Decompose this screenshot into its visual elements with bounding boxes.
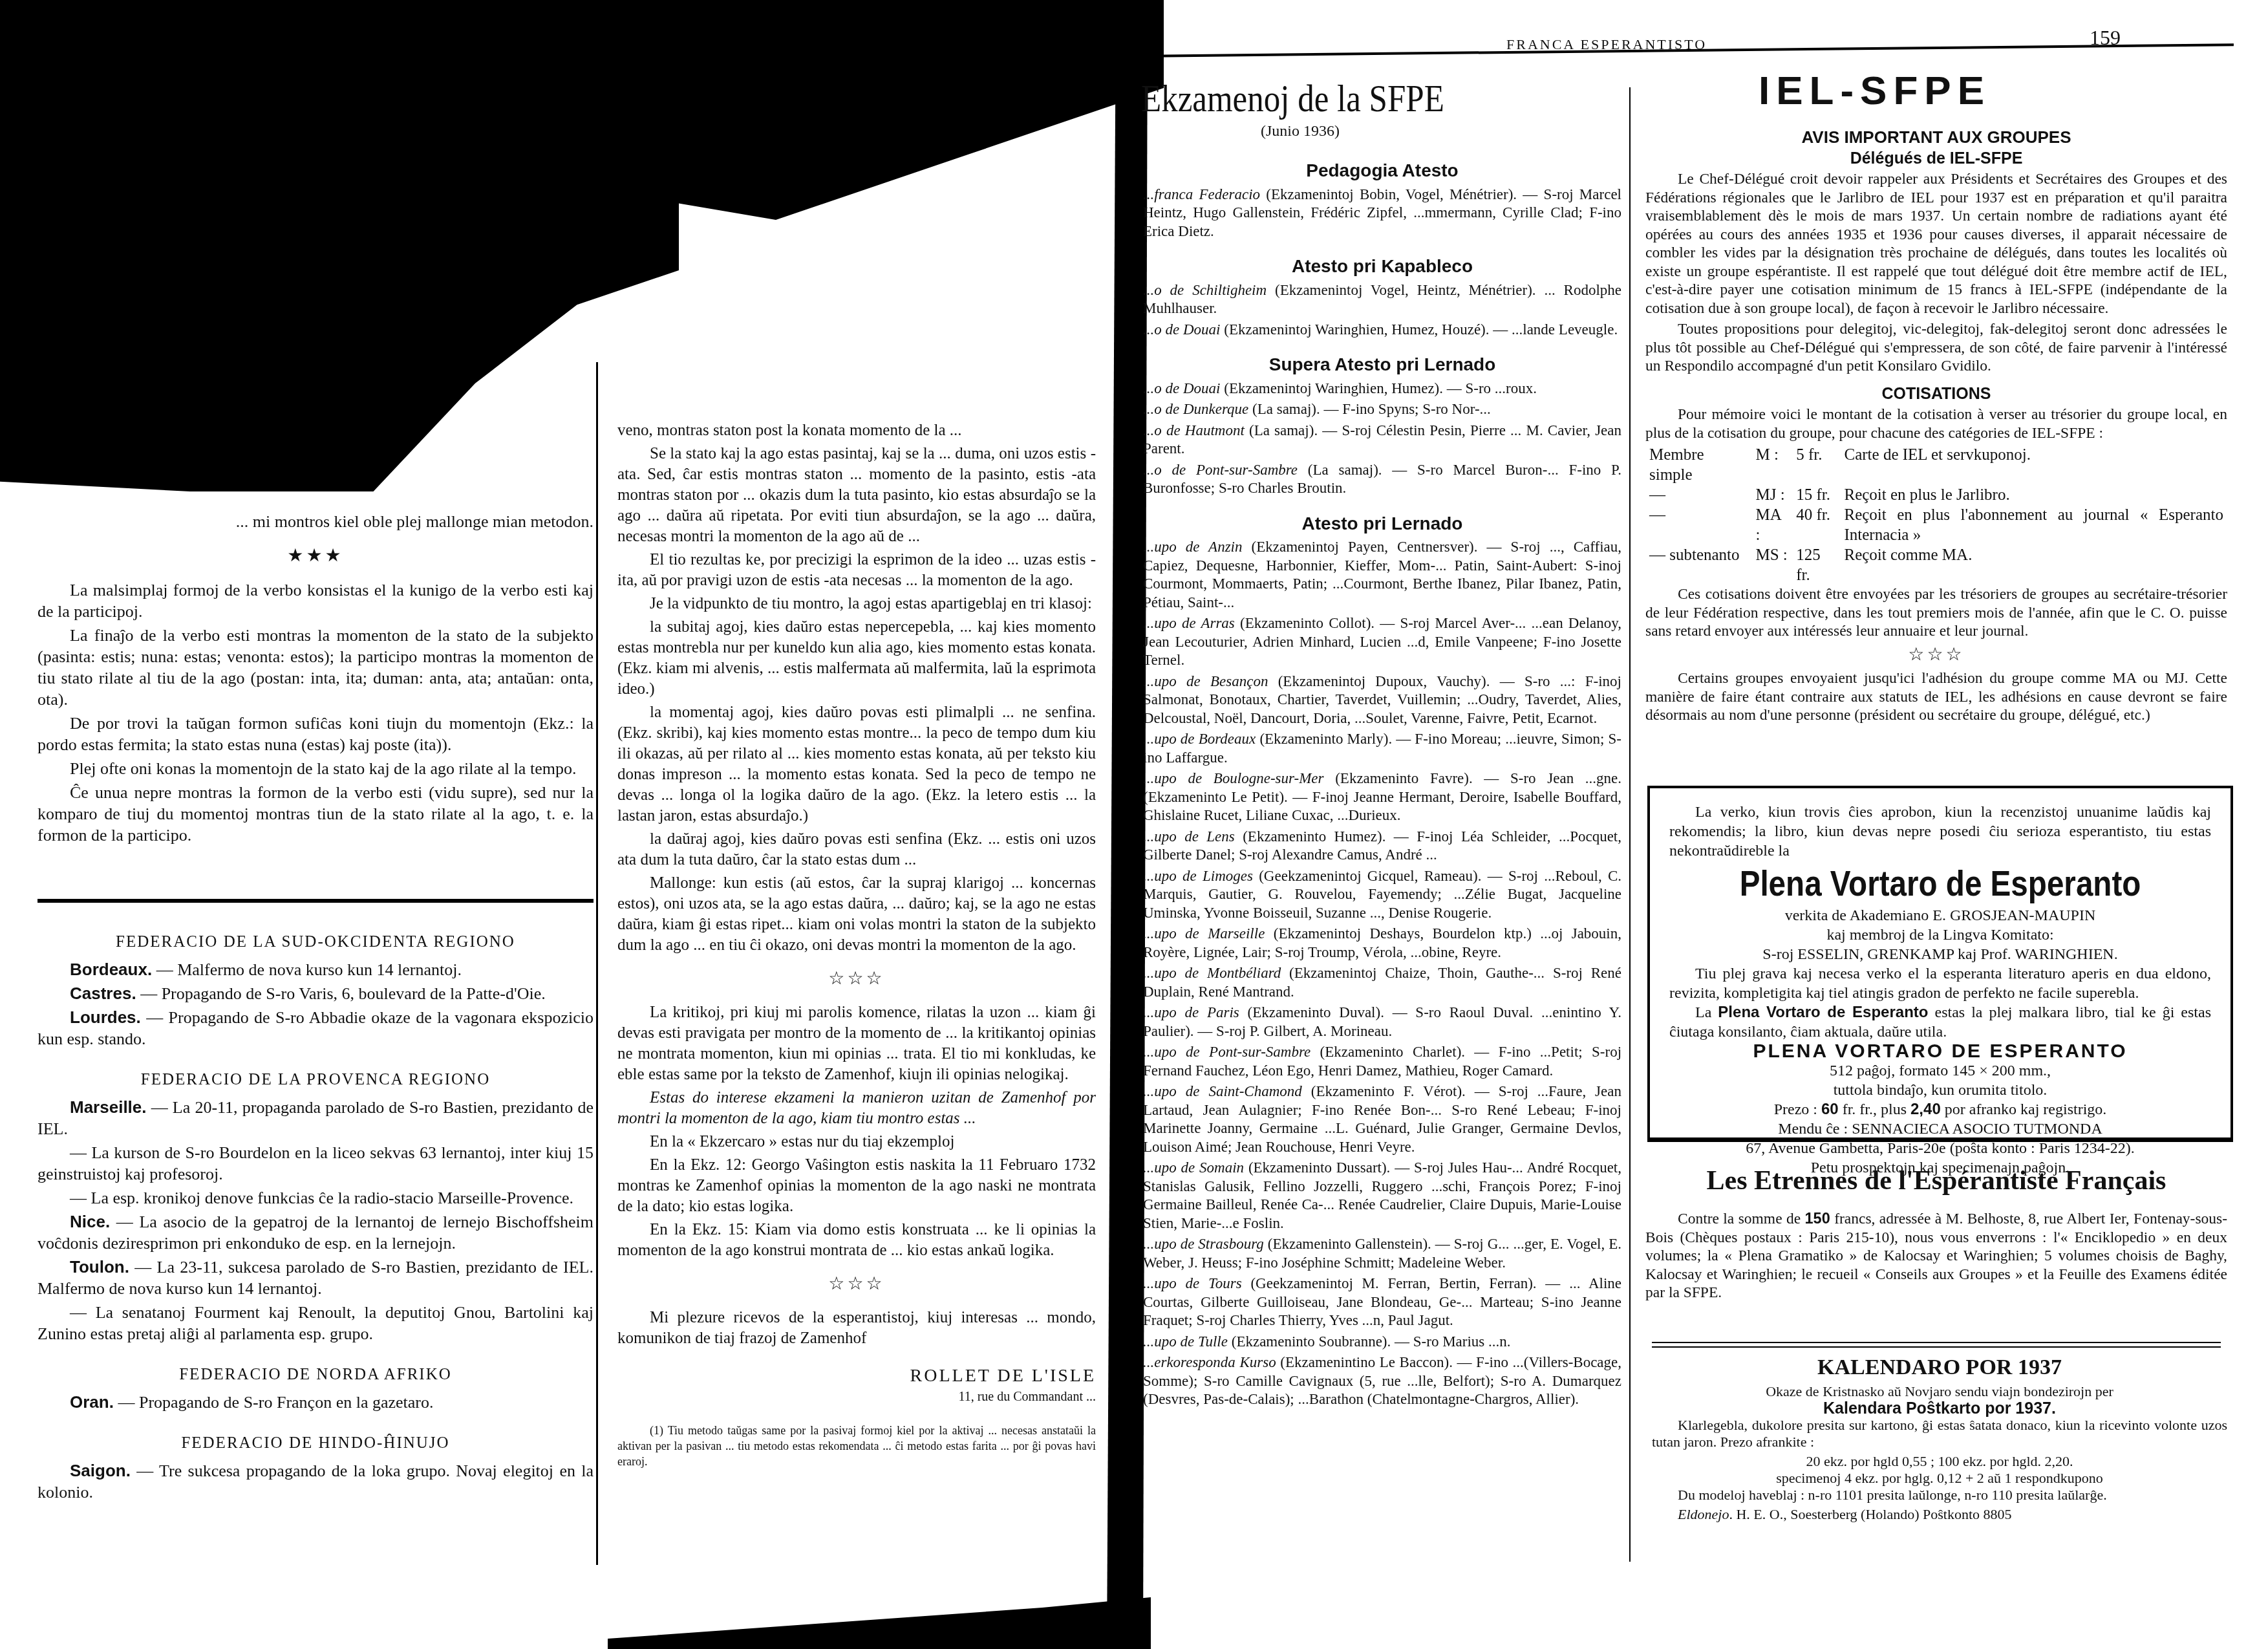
news-text: — La esp. kronikoj denove funkcias ĉe la… (70, 1189, 573, 1207)
scan-shadow-bottom (608, 1597, 1151, 1649)
ad-spec: tuttola bindaĵo, kun orumita titolo. (1669, 1081, 2211, 1100)
place-name: Nice. (70, 1212, 110, 1231)
exam-entry: ...erkoresponda Kurso (Ekzamenintino Le … (1143, 1353, 1621, 1409)
ad-author: kaj membroj de la Lingva Komitato: (1669, 925, 2211, 945)
column-divider (596, 362, 598, 1565)
notice-subheading: Délégués de IEL-SFPE (1645, 149, 2227, 168)
exam-entry: ...o de Schiltigheim (Ekzamenintoj Vogel… (1143, 281, 1621, 318)
exam-entry: ...upo de Limoges (Geekzamenintoj Gicque… (1143, 867, 1621, 923)
iel-sfpe-column: AVIS IMPORTANT AUX GROUPES Délégués de I… (1645, 128, 2227, 727)
fee-row: Membre simpleM :5 fr.Carte de IEL et ser… (1645, 445, 2227, 485)
paragraph: la daŭraj agoj, kies daŭro povas esti se… (617, 829, 1096, 870)
footnote: (1) Tiu metodo taŭgas same por la pasiva… (617, 1423, 1096, 1469)
exam-entry: ...upo de Lens (Ekzameninto Humez). — F-… (1143, 828, 1621, 865)
place-name: Bordeaux. (70, 960, 152, 979)
paragraph: En la « Ekzercaro » estas nur du tiaj ek… (617, 1132, 1096, 1152)
exam-entry: ...upo de Boulogne-sur-Mer (Ekzameninto … (1143, 770, 1621, 825)
paragraph: Se la stato kaj la ago estas pasintaj, k… (617, 444, 1096, 547)
section-divider-stars: ☆☆☆ (617, 969, 1096, 989)
exam-heading: Supera Atesto pri Lernado (1143, 356, 1621, 374)
exam-entry: ...upo de Tours (Geekzamenintoj M. Ferra… (1143, 1275, 1621, 1330)
kalendaro-publisher: Eldonejo. H. E. O., Soesterberg (Holando… (1652, 1506, 2227, 1523)
exam-entry: ...upo de Strasbourg (Ekzameninto Gallen… (1143, 1235, 1621, 1272)
exam-entry: ...upo de Tulle (Ekzameninto Soubranne).… (1143, 1333, 1621, 1352)
exams-title: Ekzamenoj de la SFPE (1141, 76, 1444, 121)
notice-heading: AVIS IMPORTANT AUX GROUPES (1645, 128, 2227, 147)
exam-entry: ...o de Dunkerque (La samaj). — F-ino Sp… (1143, 400, 1621, 419)
paragraph: Toutes propositions pour delegitoj, vic-… (1645, 320, 2227, 376)
ad-body: Tiu plej grava kaj necesa verko el la es… (1669, 964, 2211, 1003)
exam-entry: ...o de Douai (Ekzamenintoj Waringhien, … (1143, 380, 1621, 398)
fee-row: — subtenantoMS :125 fr.Reçoit comme MA. (1645, 545, 2227, 585)
paragraph: Certains groupes envoyaient jusqu'ici l'… (1645, 669, 2227, 725)
section-divider-stars: ☆☆☆ (617, 1274, 1096, 1295)
news-text: — La asocio de la gepatroj de la lernant… (37, 1212, 594, 1253)
paragraph: Mi plezure ricevos de la esperantistoj, … (617, 1308, 1096, 1349)
paragraph: En la Ekz. 12: Georgo Vaŝington estis na… (617, 1155, 1096, 1217)
kalendaro-title: KALENDARO POR 1937 (1652, 1355, 2227, 1381)
kalendaro-body: Klarlegebla, dukolore presita sur karton… (1652, 1417, 2227, 1450)
exam-heading: Atesto pri Lernado (1143, 515, 1621, 533)
place-name: Oran. (70, 1392, 114, 1412)
paragraph: Ĉe unua nepre montras la formon de la ve… (37, 782, 594, 846)
scanned-spread: ... mi montros kiel oble plej mallonge m… (0, 0, 2268, 1649)
author-address: 11, rue du Commandant ... (617, 1386, 1096, 1407)
federation-title: FEDERACIO DE LA PROVENCA REGIONO (37, 1069, 594, 1090)
paragraph: la subitaj agoj, kies daŭro estas neperc… (617, 617, 1096, 700)
paragraph: Contre la somme de 150 francs, adressée … (1645, 1209, 2227, 1302)
exam-heading: Atesto pri Kapableco (1143, 257, 1621, 276)
left-page-column-2: veno, montras staton post la konata mome… (617, 420, 1096, 1472)
paragraph: El tio rezultas ke, por precizigi la esp… (617, 550, 1096, 591)
federation-news: FEDERACIO DE LA SUD-OKCIDENTA REGIONO Bo… (37, 912, 594, 1505)
kalendaro-line: Kalendara Poŝtkarto por 1937. (1652, 1400, 2227, 1417)
news-text: — Malfermo de nova kurso kun 14 lernanto… (156, 960, 462, 979)
exam-entry: ...upo de Paris (Ekzameninto Duval). — S… (1143, 1004, 1621, 1040)
etrennes-section: Les Etrennes de l'Espérantiste Français … (1645, 1164, 2227, 1305)
news-text: — La kurson de S-ro Bourdelon en la lice… (37, 1143, 594, 1183)
place-name: Castres. (70, 984, 136, 1003)
paragraph: La kritikoj, pri kiuj mi parolis komence… (617, 1002, 1096, 1085)
ad-author: S-roj ESSELIN, GRENKAMP kaj Prof. WARING… (1669, 945, 2211, 964)
section-divider-stars: ☆☆☆ (1645, 646, 2227, 665)
column-divider (1629, 87, 1631, 1562)
exam-entry: ...o de Hautmont (La samaj). — S-roj Cél… (1143, 422, 1621, 458)
paragraph: De por trovi la taŭgan formon sufiĉas ko… (37, 713, 594, 755)
news-text: — Propagando de S-ro Françon en la gazet… (118, 1393, 433, 1412)
federation-title: FEDERACIO DE HINDO-ĤINUJO (37, 1432, 594, 1454)
section-rule (1652, 1342, 2221, 1343)
ad-title: Plena Vortaro de Esperanto (1710, 861, 2170, 906)
plena-vortaro-advertisement: La verko, kiun trovis ĉies aprobon, kiun… (1647, 786, 2233, 1142)
federation-title: FEDERACIO DE NORDA AFRIKO (37, 1364, 594, 1385)
cotisations-heading: COTISATIONS (1645, 385, 2227, 404)
exam-entry: ...upo de Bordeaux (Ekzameninto Marly). … (1143, 730, 1621, 767)
paragraph: Le Chef-Délégué croit devoir rappeler au… (1645, 170, 2227, 318)
paragraph: Ces cotisations doivent être envoyées pa… (1645, 585, 2227, 641)
exam-entry: ...upo de Besançon (Ekzamenintoj Dupoux,… (1143, 673, 1621, 728)
book-gutter-shadow (1102, 0, 1148, 1649)
section-rule (37, 899, 594, 903)
fee-row: —MJ :15 fr.Reçoit en plus le Jarlibro. (1645, 485, 2227, 505)
place-name: Saigon. (70, 1461, 131, 1480)
exams-date: (Junio 1936) (1261, 123, 1340, 140)
news-text: — Propagando de S-ro Varis, 6, boulevard… (140, 984, 546, 1003)
exam-entry: ...franca Federacio (Ekzamenintoj Bobin,… (1143, 186, 1621, 241)
exam-entry: ...upo de Somain (Ekzameninto Dussart). … (1143, 1159, 1621, 1233)
fee-table: Membre simpleM :5 fr.Carte de IEL et ser… (1645, 445, 2227, 585)
section-divider-stars: ★★★ (37, 545, 594, 566)
scan-shadow-top-left (0, 0, 679, 491)
paragraph: En la Ekz. 15: Kiam via domo estis konst… (617, 1220, 1096, 1261)
kalendaro-price: 20 ekz. por hgld 0,55 ; 100 ekz. por hgl… (1652, 1453, 2227, 1470)
paragraph: la momentaj agoj, kies daŭro povas esti … (617, 702, 1096, 826)
exam-entry: ...o de Pont-sur-Sambre (La samaj). — S-… (1143, 461, 1621, 498)
paragraph: Mallonge: kun estis (aŭ estos, ĉar la su… (617, 873, 1096, 956)
left-page-column-1: ... mi montros kiel oble plej mallonge m… (37, 511, 594, 848)
exam-entry: ...upo de Pont-sur-Sambre (Ekzameninto C… (1143, 1043, 1621, 1080)
section-rule (1652, 1346, 2221, 1348)
place-name: Lourdes. (70, 1008, 141, 1027)
exam-entry: ...o de Douai (Ekzamenintoj Waringhien, … (1143, 321, 1621, 339)
exam-entry: ...upo de Saint-Chamond (Ekzameninto F. … (1143, 1083, 1621, 1156)
federation-title: FEDERACIO DE LA SUD-OKCIDENTA REGIONO (37, 931, 594, 953)
exam-entry: ...upo de Anzin (Ekzamenintoj Payen, Cen… (1143, 538, 1621, 612)
iel-sfpe-title: IEL-SFPE (1759, 68, 1991, 114)
fee-row: —MA :40 fr.Reçoit en plus l'abonnement a… (1645, 505, 2227, 545)
kalendaro-price: specimenoj 4 ekz. por hglg. 0,12 + 2 aŭ … (1652, 1470, 2227, 1487)
paragraph: ... mi montros kiel oble plej mallonge m… (37, 511, 594, 532)
ad-intro: La verko, kiun trovis ĉies aprobon, kiun… (1669, 803, 2211, 861)
paragraph: veno, montras staton post la konata mome… (617, 420, 1096, 441)
ad-price: Prezo : 60 fr. fr., plus 2,40 por afrank… (1669, 1100, 2211, 1119)
paragraph: Je la vidpunkto de tiu montro, la agoj e… (617, 594, 1096, 614)
author-signature: ROLLET DE L'ISLE (617, 1366, 1096, 1386)
ad-caps-title: PLENA VORTARO DE ESPERANTO (1669, 1042, 2211, 1061)
kalendaro-models: Du modeloj haveblaj : n-ro 1101 presita … (1652, 1487, 2227, 1503)
paragraph: Estas do interese ekzameni la manieron u… (617, 1088, 1096, 1129)
exam-heading: Pedagogia Atesto (1143, 162, 1621, 180)
kalendaro-section: KALENDARO POR 1937 Okaze de Kristnasko a… (1652, 1355, 2227, 1525)
place-name: Marseille. (70, 1097, 147, 1117)
ad-order: Mendu ĉe : SENNACIECA ASOCIO TUTMONDA (1669, 1119, 2211, 1139)
paragraph: Pour mémoire voici le montant de la coti… (1645, 405, 2227, 442)
ad-spec: 512 paĝoj, formato 145 × 200 mm., (1669, 1061, 2211, 1081)
paragraph: La finaĵo de la verbo esti montras la mo… (37, 625, 594, 710)
paragraph: Plej ofte oni konas la momentojn de la s… (37, 758, 594, 779)
exam-entry: ...upo de Marseille (Ekzamenintoj Deshay… (1143, 925, 1621, 962)
group-name: ...franca Federacio (1143, 186, 1260, 202)
exams-list: Pedagogia Atesto ...franca Federacio (Ek… (1143, 162, 1621, 1412)
kalendaro-line: Okaze de Kristnasko aŭ Novjaro sendu via… (1652, 1383, 2227, 1400)
ad-body: La Plena Vortaro de Esperanto estas la p… (1669, 1003, 2211, 1042)
etrennes-title: Les Etrennes de l'Espérantiste Français (1645, 1164, 2227, 1198)
paragraph: La malsimplaj formoj de la verbo konsist… (37, 579, 594, 622)
exam-entry: ...upo de Montbéliard (Ekzamenintoj Chai… (1143, 964, 1621, 1001)
ad-address: 67, Avenue Gambetta, Paris-20e (poŝta ko… (1669, 1139, 2211, 1158)
news-text: — La senatanoj Fourment kaj Renoult, la … (37, 1303, 594, 1343)
exam-entry: ...upo de Arras (Ekzameninto Collot). — … (1143, 614, 1621, 670)
place-name: Toulon. (70, 1257, 129, 1277)
ad-author: verkita de Akademiano E. GROSJEAN-MAUPIN (1669, 906, 2211, 925)
